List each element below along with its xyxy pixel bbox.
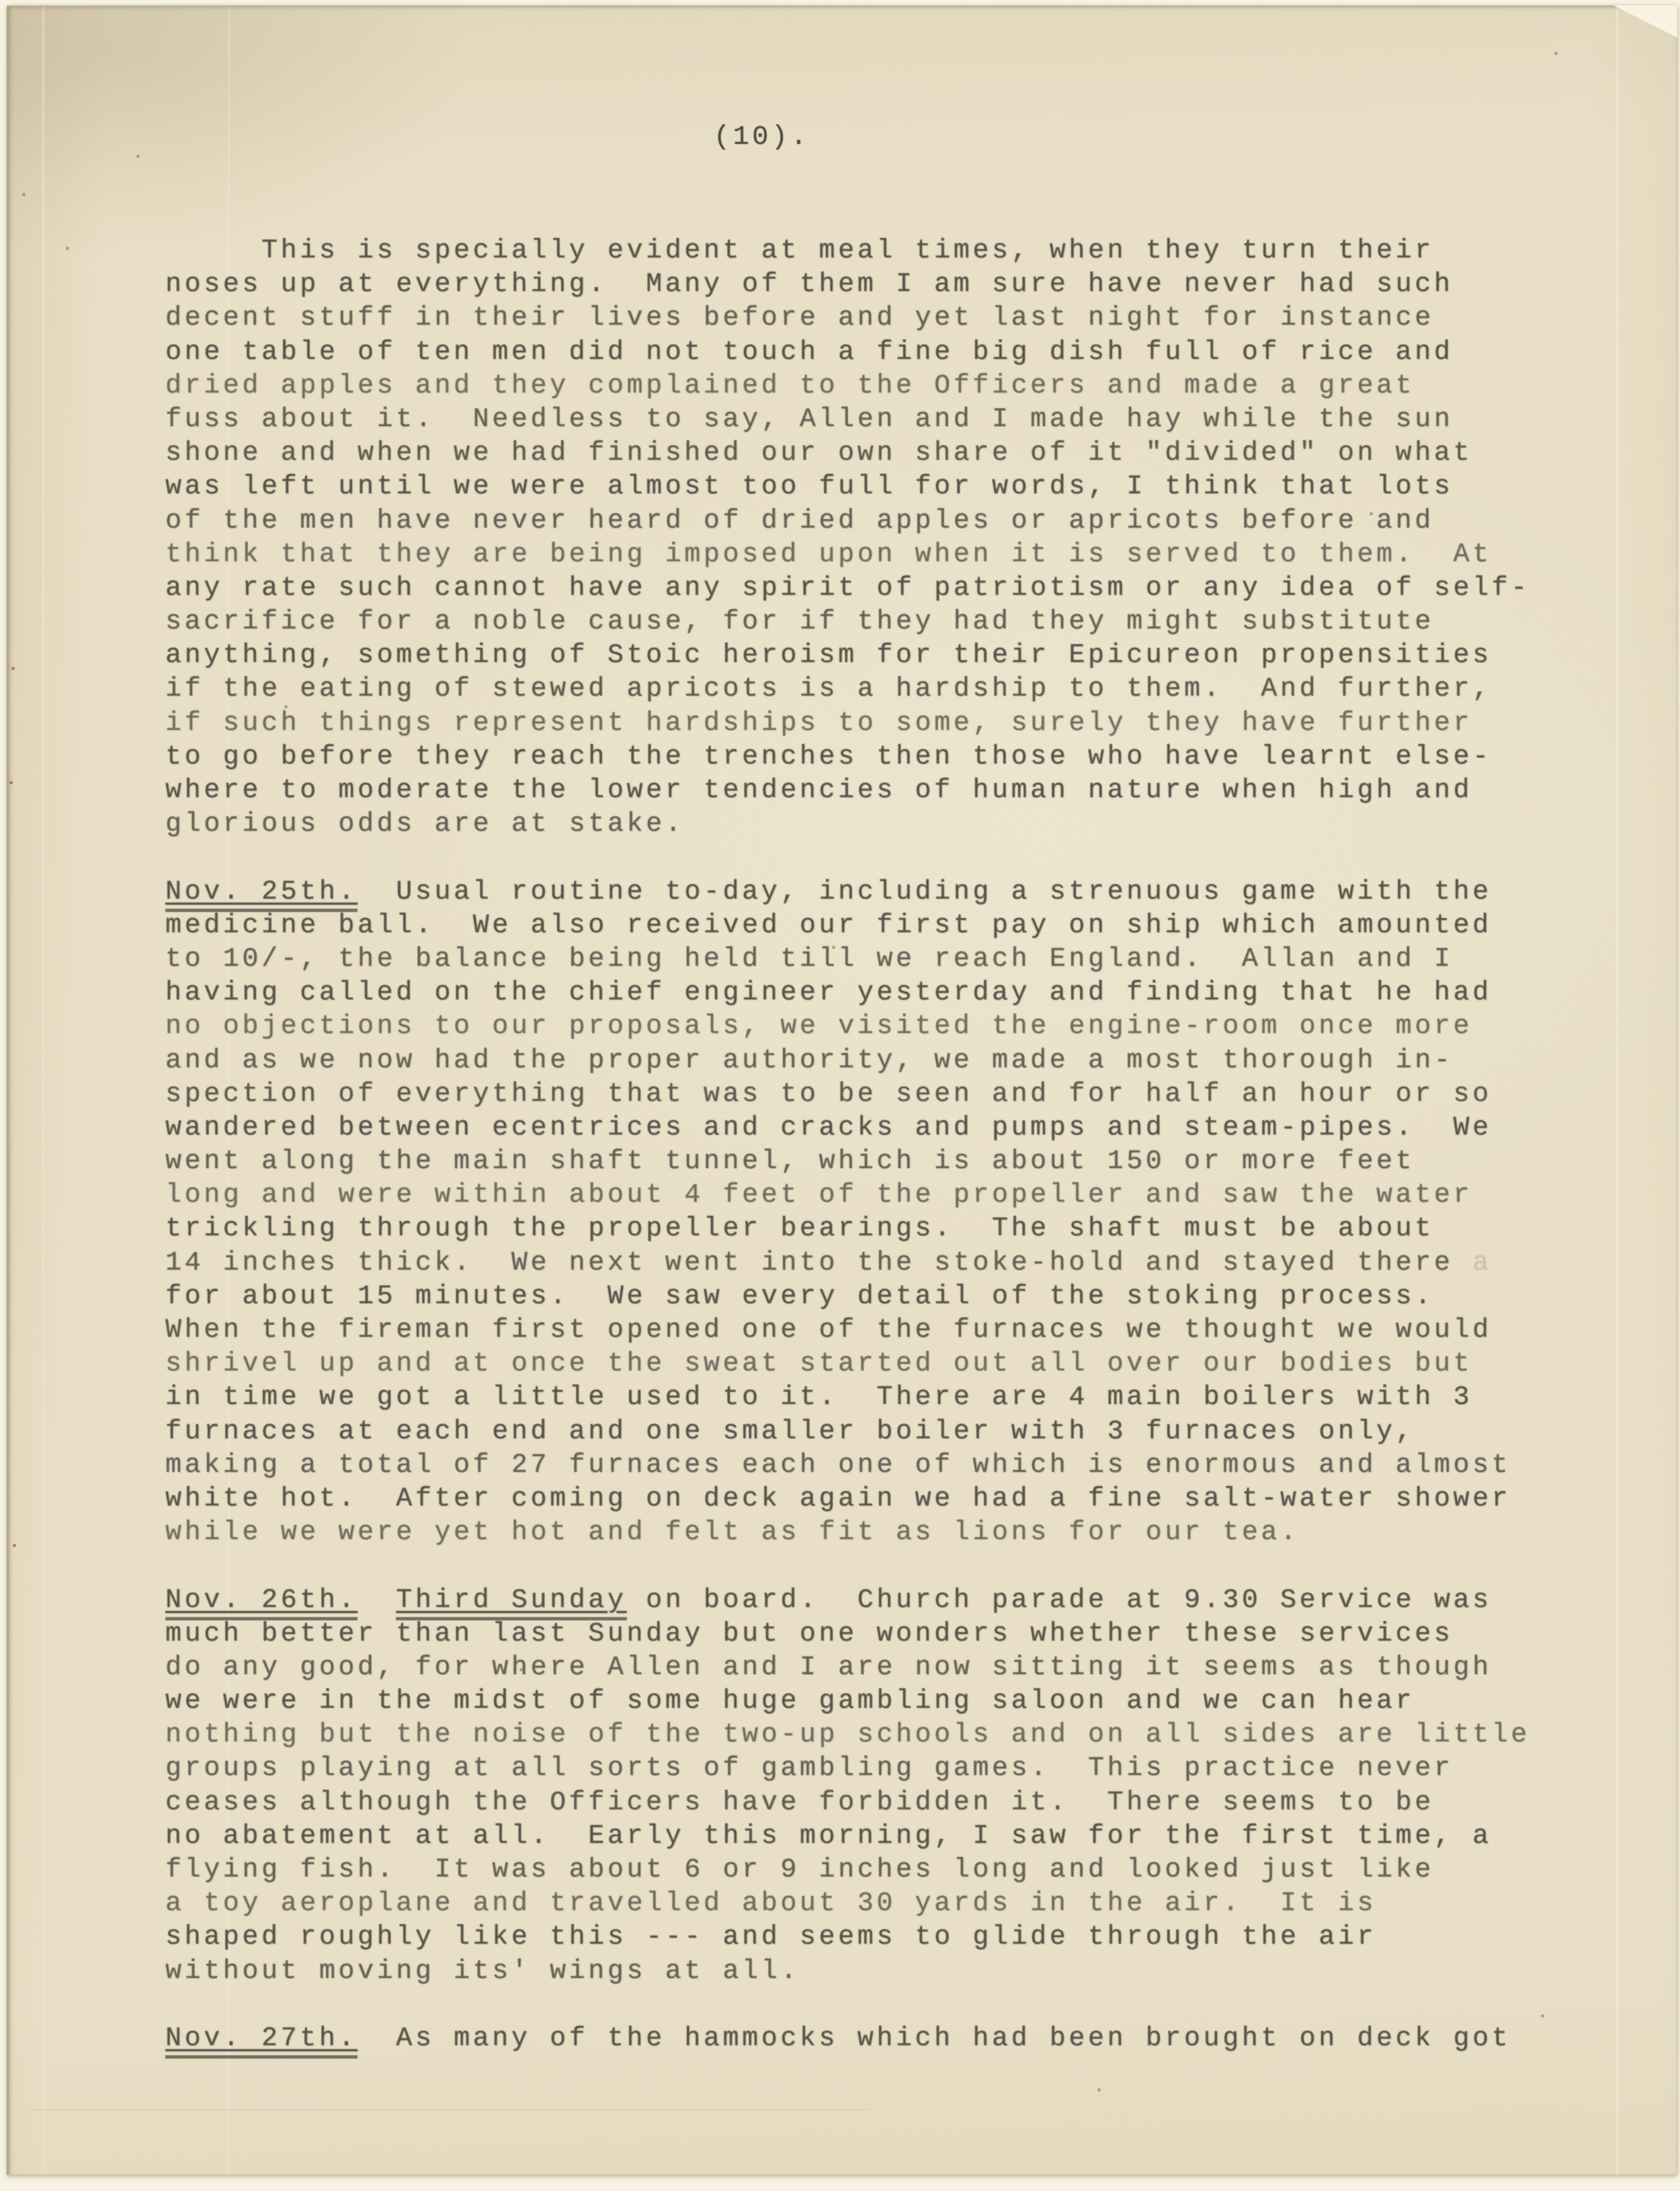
page-sheet: (10). This is specially evident at meal … — [7, 5, 1677, 2175]
diary-line: any rate such cannot have any spirit of … — [165, 572, 1530, 606]
text-run: shaped roughly like this --- and seems t… — [165, 1922, 1376, 1952]
text-run: making a total of 27 furnaces each one o… — [165, 1450, 1511, 1481]
text-run: long and were within about 4 feet of the… — [165, 1180, 1472, 1210]
text-run: on board. Church parade at 9.30 Service … — [627, 1585, 1492, 1616]
diary-line: This is specially evident at meal times,… — [165, 235, 1530, 268]
paper-crease — [29, 2109, 869, 2110]
text-run: fuss about it. Needless to say, Allen an… — [165, 405, 1453, 435]
text-run: spection of everything that was to be se… — [165, 1079, 1492, 1110]
diary-line: decent stuff in their lives before and y… — [165, 302, 1530, 335]
text-run: much better than last Sunday but one won… — [165, 1619, 1453, 1649]
diary-line: having called on the chief engineer yest… — [165, 977, 1530, 1010]
diary-line: flying fish. It was about 6 or 9 inches … — [165, 1854, 1530, 1887]
diary-line: anything, something of Stoic heroism for… — [165, 639, 1530, 673]
text-run: Usual routine to-day, including a strenu… — [358, 877, 1492, 907]
diary-paragraph: Nov. 25th. Usual routine to-day, includi… — [165, 876, 1530, 1551]
diary-line: no abatement at all. Early this morning,… — [165, 1820, 1530, 1854]
text-run: When the fireman first opened one of the… — [165, 1315, 1492, 1346]
text-run: wandered between ecentrices and cracks a… — [165, 1113, 1492, 1143]
text-run: we were in the midst of some huge gambli… — [165, 1686, 1415, 1717]
diary-line: groups playing at all sorts of gambling … — [165, 1752, 1530, 1786]
faint-ink-mark: a — [1453, 1248, 1491, 1278]
diary-line: if such things represent hardships to so… — [165, 707, 1530, 741]
paper-crease — [1616, 7, 1618, 2175]
text-run: while we were yet hot and felt as fit as… — [165, 1518, 1300, 1548]
paper-speck — [136, 155, 140, 158]
text-run: think that they are being imposed upon w… — [165, 540, 1492, 570]
diary-line: ceases although the Officers have forbid… — [165, 1786, 1530, 1820]
page-number: (10). — [714, 122, 810, 153]
scanned-document: (10). This is specially evident at meal … — [0, 0, 1680, 2191]
text-run: and as we now had the proper authority, … — [165, 1046, 1453, 1076]
text-run: no abatement at all. Early this morning,… — [165, 1821, 1492, 1852]
paper-speck — [66, 247, 69, 250]
diary-line: while we were yet hot and felt as fit as… — [165, 1516, 1530, 1550]
text-run: without moving its' wings at all. — [165, 1956, 800, 1987]
diary-line: no objections to our proposals, we visit… — [165, 1010, 1530, 1044]
paper-speck — [22, 193, 26, 196]
diary-line: one table of ten men did not touch a fin… — [165, 336, 1530, 370]
diary-paragraph: Nov. 26th. Third Sunday on board. Church… — [165, 1584, 1530, 1989]
text-run: white hot. After coming on deck again we… — [165, 1484, 1511, 1514]
diary-line: we were in the midst of some huge gambli… — [165, 1685, 1530, 1719]
diary-line: noses up at everything. Many of them I a… — [165, 268, 1530, 302]
diary-line: to 10/-, the balance being held till we … — [165, 943, 1530, 977]
diary-line: glorious odds are at stake. — [165, 808, 1530, 841]
diary-line: trickling through the propeller bearings… — [165, 1212, 1530, 1246]
text-run: one table of ten men did not touch a fin… — [165, 337, 1453, 368]
text-run: glorious odds are at stake. — [165, 809, 684, 839]
diary-line: and as we now had the proper authority, … — [165, 1044, 1530, 1078]
diary-line: nothing but the noise of the two-up scho… — [165, 1719, 1530, 1752]
diary-paragraph: This is specially evident at meal times,… — [165, 235, 1530, 841]
diary-line: fuss about it. Needless to say, Allen an… — [165, 403, 1530, 437]
text-run: in time we got a little used to it. Ther… — [165, 1382, 1472, 1413]
diary-line: for about 15 minutes. We saw every detai… — [165, 1280, 1530, 1314]
date-heading: Nov. 27th. — [165, 2024, 358, 2059]
diary-line: making a total of 27 furnaces each one o… — [165, 1449, 1530, 1483]
diary-line: When the fireman first opened one of the… — [165, 1314, 1530, 1348]
text-run: decent stuff in their lives before and y… — [165, 303, 1434, 333]
diary-line: much better than last Sunday but one won… — [165, 1618, 1530, 1651]
diary-line: dried apples and they complained to the … — [165, 370, 1530, 403]
text-run — [358, 1585, 396, 1616]
text-run: shone and when we had finished our own s… — [165, 438, 1472, 468]
text-run: went along the main shaft tunnel, which … — [165, 1147, 1415, 1177]
text-run: no objections to our proposals, we visit… — [165, 1011, 1472, 1042]
paper-speck — [11, 667, 15, 670]
text-run: dried apples and they complained to the … — [165, 371, 1415, 401]
diary-line: shone and when we had finished our own s… — [165, 437, 1530, 470]
text-run: shrivel up and at once the sweat started… — [165, 1349, 1472, 1379]
diary-line: Nov. 27th. As many of the hammocks which… — [165, 2022, 1530, 2056]
text-run: if the eating of stewed apricots is a ha… — [165, 674, 1492, 704]
text-run: flying fish. It was about 6 or 9 inches … — [165, 1855, 1434, 1885]
diary-line: of the men have never heard of dried app… — [165, 505, 1530, 538]
text-run: where to moderate the lower tendencies o… — [165, 776, 1472, 806]
diary-line: was left until we were almost too full f… — [165, 470, 1530, 504]
text-run: furnaces at each end and one smaller boi… — [165, 1417, 1415, 1447]
text-run: to go before they reach the trenches the… — [165, 742, 1492, 772]
diary-line: Nov. 26th. Third Sunday on board. Church… — [165, 1584, 1530, 1618]
diary-paragraph: Nov. 27th. As many of the hammocks which… — [165, 2022, 1530, 2056]
text-run: a toy aeroplane and travelled about 30 y… — [165, 1889, 1376, 1919]
text-run: This is specially evident at meal times,… — [165, 236, 1434, 266]
diary-line: shaped roughly like this --- and seems t… — [165, 1921, 1530, 1954]
diary-line: a toy aeroplane and travelled about 30 y… — [165, 1887, 1530, 1921]
diary-line: without moving its' wings at all. — [165, 1955, 1530, 1989]
text-run: As many of the hammocks which had been b… — [358, 2024, 1511, 2054]
diary-line: spection of everything that was to be se… — [165, 1078, 1530, 1112]
text-run: any rate such cannot have any spirit of … — [165, 573, 1530, 604]
text-run: 14 inches thick. We next went into the s… — [165, 1248, 1453, 1278]
date-heading: Nov. 25th. — [165, 877, 358, 912]
date-heading: Third Sunday — [396, 1585, 626, 1620]
diary-line: 14 inches thick. We next went into the s… — [165, 1247, 1530, 1280]
diary-line: medicine ball. We also received our firs… — [165, 909, 1530, 943]
text-run: trickling through the propeller bearings… — [165, 1214, 1434, 1244]
paper-speck — [1554, 52, 1558, 55]
diary-line: where to moderate the lower tendencies o… — [165, 774, 1530, 808]
text-run: medicine ball. We also received our firs… — [165, 911, 1492, 941]
paper-crease — [42, 7, 44, 2175]
text-run: for about 15 minutes. We saw every detai… — [165, 1282, 1434, 1312]
diary-line: do any good, for where Allen and I are n… — [165, 1651, 1530, 1685]
page-corner-fold — [1613, 5, 1677, 38]
text-run: nothing but the noise of the two-up scho… — [165, 1720, 1530, 1750]
diary-line: long and were within about 4 feet of the… — [165, 1179, 1530, 1212]
text-run: of the men have never heard of dried app… — [165, 506, 1434, 536]
paper-speck — [9, 781, 13, 784]
diary-line: went along the main shaft tunnel, which … — [165, 1145, 1530, 1179]
diary-line: if the eating of stewed apricots is a ha… — [165, 673, 1530, 706]
diary-line: white hot. After coming on deck again we… — [165, 1483, 1530, 1516]
text-run: having called on the chief engineer yest… — [165, 978, 1492, 1008]
diary-line: wandered between ecentrices and cracks a… — [165, 1112, 1530, 1145]
paper-speck — [1097, 2088, 1101, 2092]
diary-line: shrivel up and at once the sweat started… — [165, 1348, 1530, 1381]
text-run: to 10/-, the balance being held till we … — [165, 944, 1453, 975]
text-run: do any good, for where Allen and I are n… — [165, 1653, 1492, 1683]
text-run: ceases although the Officers have forbid… — [165, 1788, 1434, 1818]
text-run: groups playing at all sorts of gambling … — [165, 1753, 1453, 1784]
date-heading: Nov. 26th. — [165, 1585, 358, 1620]
paper-speck — [13, 1544, 16, 1547]
text-run: anything, something of Stoic heroism for… — [165, 640, 1492, 671]
text-run: noses up at everything. Many of them I a… — [165, 270, 1453, 300]
text-run: was left until we were almost too full f… — [165, 472, 1453, 502]
diary-line: Nov. 25th. Usual routine to-day, includi… — [165, 876, 1530, 909]
text-run: sacrifice for a noble cause, for if they… — [165, 607, 1434, 637]
paper-speck — [1541, 2014, 1544, 2018]
diary-line: think that they are being imposed upon w… — [165, 538, 1530, 572]
diary-line: to go before they reach the trenches the… — [165, 741, 1530, 774]
text-run: if such things represent hardships to so… — [165, 708, 1472, 739]
document-body: This is specially evident at meal times,… — [165, 235, 1530, 2056]
diary-line: furnaces at each end and one smaller boi… — [165, 1415, 1530, 1449]
diary-line: sacrifice for a noble cause, for if they… — [165, 606, 1530, 639]
diary-line: in time we got a little used to it. Ther… — [165, 1381, 1530, 1415]
